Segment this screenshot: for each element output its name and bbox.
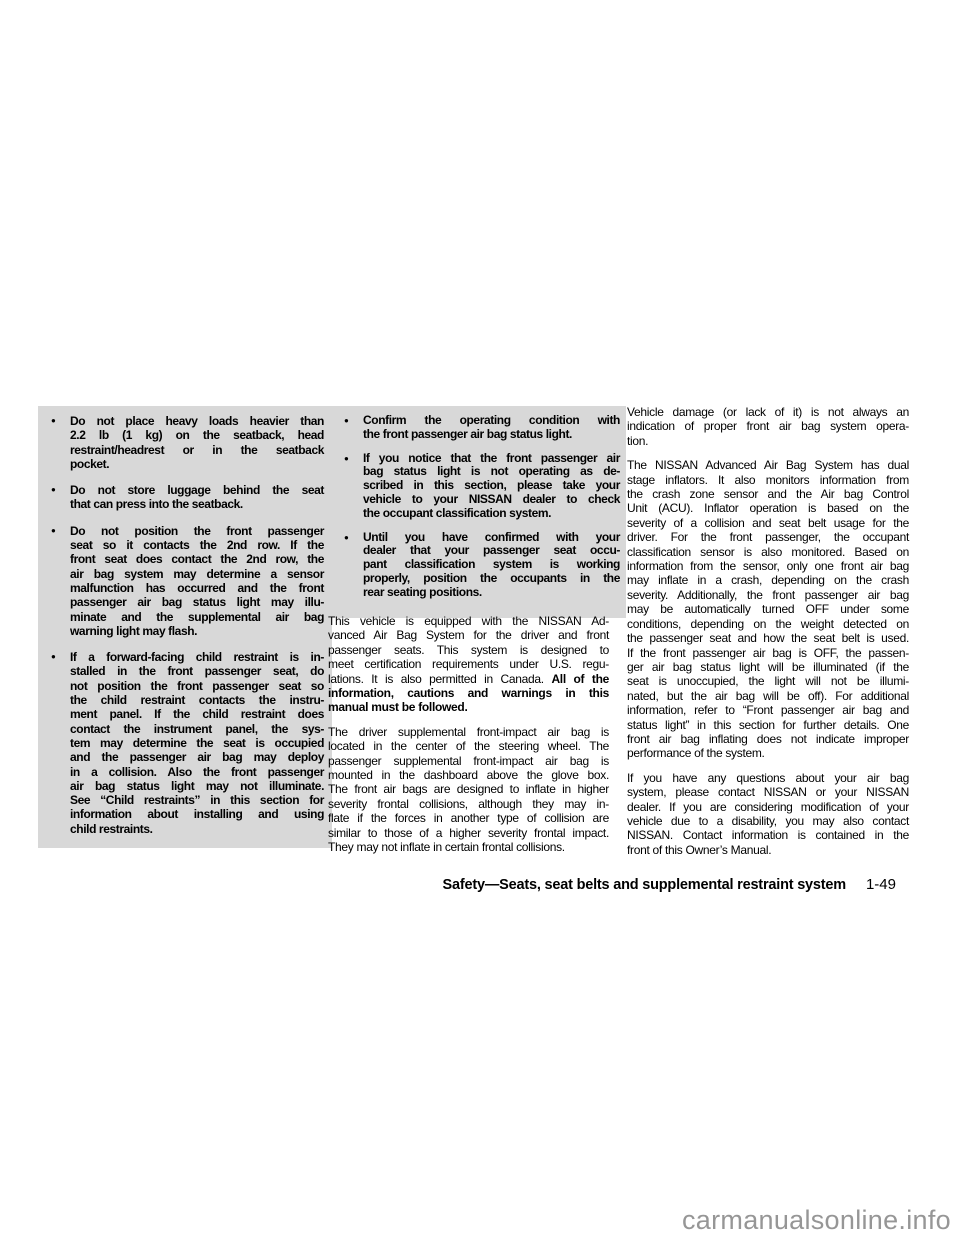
- text-line: the child restraint contacts the instru-: [70, 693, 324, 707]
- bullet-icon: ●: [344, 455, 349, 463]
- text-line: severity. Additionally, the front passen…: [627, 588, 909, 602]
- text-line: the front passenger air bag status light…: [363, 428, 620, 442]
- text-line: 2.2 lb (1 kg) on the seatback, head: [70, 428, 324, 442]
- bullet-item: ●Do not place heavy loads heavier than2.…: [50, 414, 324, 471]
- text-line: front seat does contact the 2nd row, the: [70, 552, 324, 566]
- text-line: the crash zone sensor and the Air bag Co…: [627, 487, 909, 501]
- text-line: flate if the forces in another type of c…: [328, 811, 609, 825]
- text-line: lations. It is also permitted in Canada.…: [328, 672, 609, 686]
- text-line: manual must be followed.: [328, 700, 609, 714]
- text-line: stage inflators. It also monitors inform…: [627, 473, 909, 487]
- text-line: front air bag inflating does not indicat…: [627, 732, 909, 746]
- text-line: minate and the supplemental air bag: [70, 610, 324, 624]
- text-line: dealer. If you are considering modificat…: [627, 800, 909, 814]
- text-line: conditions, depending on the weight dete…: [627, 617, 909, 631]
- bullet-icon: ●: [344, 417, 349, 425]
- text-line: in a collision. Also the front passenger: [70, 765, 324, 779]
- text-line: the passenger seat and how the seat belt…: [627, 631, 909, 645]
- text-line: dealer that your passenger seat occu-: [363, 544, 620, 558]
- bullet-item: ●Confirm the operating condition withthe…: [343, 414, 620, 442]
- paragraph: Vehicle damage (or lack of it) is not al…: [627, 405, 909, 448]
- text-line: performance of the system.: [627, 746, 909, 760]
- text-line: information about installing and using: [70, 807, 324, 821]
- text-line: passenger seats. This system is designed…: [328, 643, 609, 657]
- text-line: Until you have confirmed with your: [363, 531, 620, 545]
- text-line: malfunction has occurred and the front: [70, 581, 324, 595]
- text-line: Unit (ACU). Inflator operation is based …: [627, 501, 909, 515]
- bullet-item: ●If you notice that the front passenger …: [343, 452, 620, 521]
- text-line: contact the instrument panel, the sys-: [70, 722, 324, 736]
- page-footer: Safety—Seats, seat belts and supplementa…: [443, 876, 896, 893]
- text-line: vanced Air Bag System for the driver and…: [328, 628, 609, 642]
- bullet-icon: ●: [51, 527, 56, 535]
- text-line: The driver supplemental front-impact air…: [328, 725, 609, 739]
- text-line: restraint/headrest or in the seatback: [70, 443, 324, 457]
- left-warning-panel: ●Do not place heavy loads heavier than2.…: [38, 406, 332, 848]
- text-line: Vehicle damage (or lack of it) is not al…: [627, 405, 909, 419]
- paragraph: If you have any questions about your air…: [627, 771, 909, 857]
- text-line: meet certification requirements under U.…: [328, 657, 609, 671]
- paragraph: The driver supplemental front-impact air…: [328, 725, 609, 855]
- text-line: severity of a collision and seat belt us…: [627, 516, 909, 530]
- text-line: If the front passenger air bag is OFF, t…: [627, 646, 909, 660]
- watermark: carmanualsonline.info: [682, 1205, 951, 1236]
- manual-page: ●Do not place heavy loads heavier than2.…: [0, 0, 960, 1242]
- text-line: tion.: [627, 434, 909, 448]
- text-line: that can press into the seatback.: [70, 497, 324, 511]
- footer-page-number: 1-49: [866, 876, 896, 893]
- middle-warning-panel: ●Confirm the operating condition withthe…: [331, 406, 626, 618]
- text-line: air bag system may determine a sensor: [70, 567, 324, 581]
- text-line: The front air bags are designed to infla…: [328, 782, 609, 796]
- text-line: the occupant classification system.: [363, 507, 620, 521]
- text-line: If a forward-facing child restraint is i…: [70, 650, 324, 664]
- text-line: scribed in this section, please take you…: [363, 479, 620, 493]
- text-line: pant classification system is working: [363, 558, 620, 572]
- text-line: properly, position the occupants in the: [363, 572, 620, 586]
- text-line: system, please contact NISSAN or your NI…: [627, 785, 909, 799]
- text-line: and the passenger air bag may deploy: [70, 750, 324, 764]
- text-line: information, refer to “Front passenger a…: [627, 703, 909, 717]
- text-line: stalled in the front passenger seat, do: [70, 664, 324, 678]
- middle-body-text: This vehicle is equipped with the NISSAN…: [328, 614, 609, 855]
- text-line: may inflate in a crash, depending on the…: [627, 573, 909, 587]
- text-line: They may not inflate in certain frontal …: [328, 840, 609, 854]
- text-line: status light” in this section for furthe…: [627, 718, 909, 732]
- text-line: Do not store luggage behind the seat: [70, 483, 324, 497]
- right-column-text: Vehicle damage (or lack of it) is not al…: [627, 405, 909, 857]
- text-line: information from the sensor, only one fr…: [627, 559, 909, 573]
- text-line: driver. For the front passenger, the occ…: [627, 530, 909, 544]
- bold-text-segment: manual must be followed.: [328, 700, 467, 714]
- text-line: information, cautions and warnings in th…: [328, 686, 609, 700]
- paragraph: This vehicle is equipped with the NISSAN…: [328, 614, 609, 715]
- bold-text-segment: All of the: [551, 672, 609, 686]
- text-line: If you have any questions about your air…: [627, 771, 909, 785]
- text-line: child restraints.: [70, 822, 324, 836]
- text-line: similar to those of a higher severity fr…: [328, 826, 609, 840]
- text-line: pocket.: [70, 457, 324, 471]
- text-line: classification sensor is also monitored.…: [627, 545, 909, 559]
- bullet-item: ●Do not store luggage behind the seattha…: [50, 483, 324, 512]
- footer-section-title: Safety—Seats, seat belts and supplementa…: [443, 877, 846, 893]
- bullet-item: ●If a forward-facing child restraint is …: [50, 650, 324, 836]
- text-line: may be automatically turned OFF under so…: [627, 602, 909, 616]
- text-line: If you notice that the front passenger a…: [363, 452, 620, 466]
- text-line: mounted in the dashboard above the glove…: [328, 768, 609, 782]
- text-line: tem may determine the seat is occupied: [70, 736, 324, 750]
- text-line: air bag status light may not illuminate.: [70, 779, 324, 793]
- text-line: located in the center of the steering wh…: [328, 739, 609, 753]
- text-line: indication of proper front air bag syste…: [627, 419, 909, 433]
- text-line: bag status light is not operating as de-: [363, 465, 620, 479]
- bold-text-segment: information, cautions and warnings in th…: [328, 686, 609, 700]
- text-line: Confirm the operating condition with: [363, 414, 620, 428]
- text-line: vehicle due to a disability, you may als…: [627, 814, 909, 828]
- bullet-item: ●Do not position the front passengerseat…: [50, 524, 324, 638]
- text-line: ment panel. If the child restraint does: [70, 707, 324, 721]
- text-line: The NISSAN Advanced Air Bag System has d…: [627, 458, 909, 472]
- text-line: Do not place heavy loads heavier than: [70, 414, 324, 428]
- text-line: warning light may flash.: [70, 624, 324, 638]
- text-line: nated, but the air bag will be off). For…: [627, 689, 909, 703]
- bullet-icon: ●: [51, 417, 56, 425]
- text-line: not position the front passenger seat so: [70, 679, 324, 693]
- text-segment: lations. It is also permitted in Canada.: [328, 672, 551, 686]
- text-line: passenger supplemental front-impact air …: [328, 754, 609, 768]
- bullet-icon: ●: [51, 653, 56, 661]
- bullet-icon: ●: [51, 486, 56, 494]
- text-line: seat so it contacts the 2nd row. If the: [70, 538, 324, 552]
- text-line: Do not position the front passenger: [70, 524, 324, 538]
- text-line: severity frontal collisions, although th…: [328, 797, 609, 811]
- text-line: rear seating positions.: [363, 586, 620, 600]
- bullet-icon: ●: [344, 534, 349, 542]
- text-line: passenger air bag status light may illu-: [70, 595, 324, 609]
- text-line: front of this Owner’s Manual.: [627, 843, 909, 857]
- text-line: This vehicle is equipped with the NISSAN…: [328, 614, 609, 628]
- text-line: seat is unoccupied, the light will not b…: [627, 674, 909, 688]
- text-line: NISSAN. Contact information is contained…: [627, 828, 909, 842]
- bullet-item: ●Until you have confirmed with yourdeale…: [343, 531, 620, 600]
- text-line: vehicle to your NISSAN dealer to check: [363, 493, 620, 507]
- paragraph: The NISSAN Advanced Air Bag System has d…: [627, 458, 909, 761]
- text-line: See “Child restraints” in this section f…: [70, 793, 324, 807]
- text-line: ger air bag status light will be illumin…: [627, 660, 909, 674]
